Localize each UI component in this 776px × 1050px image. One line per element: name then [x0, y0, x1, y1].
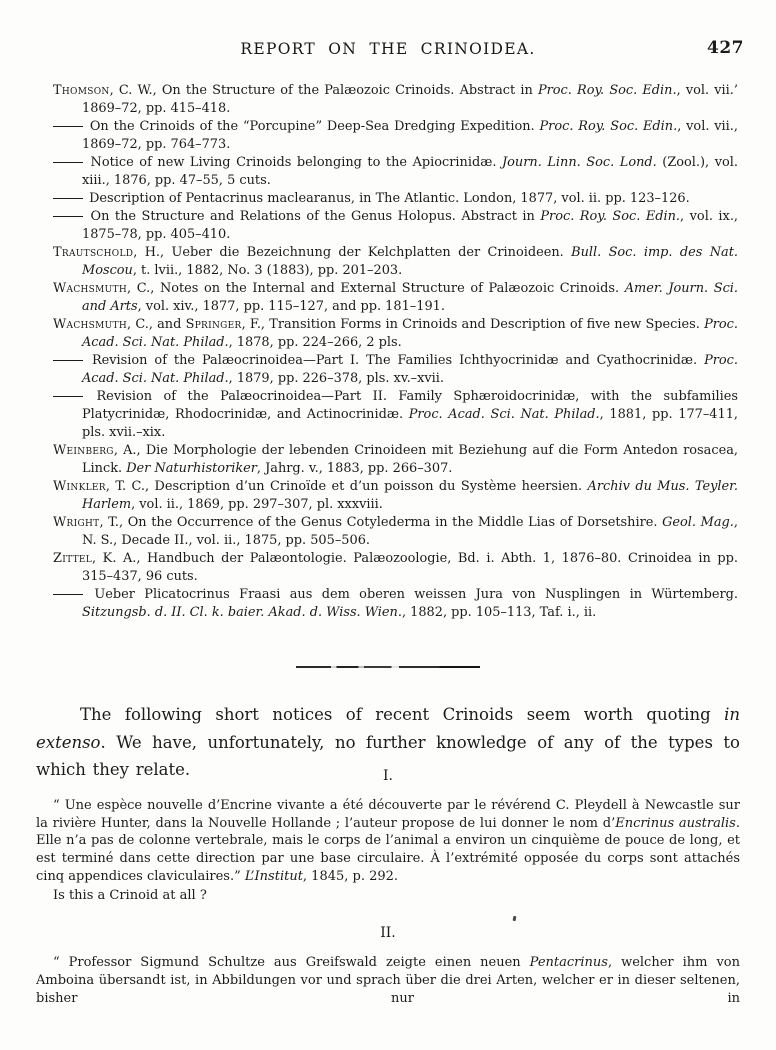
- bibliography-entry: On the Crinoids of the “Porcupine” Deep-…: [53, 118, 738, 154]
- bibliography-entry: Notice of new Living Crinoids belonging …: [53, 154, 738, 190]
- text-run: , 1879, pp. 226–378, pls. xv.–xvii.: [229, 371, 444, 386]
- section-heading: II.: [36, 925, 740, 941]
- running-title: REPORT ON THE CRINOIDEA.: [36, 40, 740, 58]
- text-run: , t. lvii., 1882, No. 3 (1883), pp. 201–…: [133, 263, 402, 278]
- repeat-author-dash: [53, 162, 83, 163]
- text-run: “ Professor Sigmund Schultze aus Greifsw…: [53, 955, 530, 970]
- text-run: Encrinus australis: [615, 816, 736, 831]
- text-run: Proc. Roy. Soc. Edin.: [538, 83, 677, 98]
- numbered-sections: I.“ Une espèce nouvelle d’Encrine vivant…: [36, 768, 740, 1007]
- page-header: REPORT ON THE CRINOIDEA. 427: [36, 40, 740, 62]
- text-run: Journ. Linn. Soc. Lond.: [502, 155, 657, 170]
- section-divider-rule: [296, 666, 480, 668]
- text-run: , 1882, pp. 105–113, Taf. i., ii.: [402, 605, 596, 620]
- section-paragraph: “ Une espèce nouvelle d’Encrine vivante …: [36, 797, 740, 886]
- text-run: On the Crinoids of the “Porcupine” Deep-…: [85, 119, 540, 134]
- text-run: Wachsmuth: [53, 317, 127, 332]
- repeat-author-dash: [53, 126, 83, 127]
- text-run: , T., On the Occurrence of the Genus Cot…: [99, 515, 662, 530]
- text-run: , T. C., Description d’un Crinoïde et d’…: [106, 479, 588, 494]
- text-run: , K. A., Handbuch der Palæontologie. Pal…: [82, 551, 738, 584]
- text-run: Der Naturhistoriker: [126, 461, 257, 476]
- text-run: Wachsmuth: [53, 281, 127, 296]
- text-run: Wright: [53, 515, 99, 530]
- text-run: Is this a Crinoid at all ?: [53, 888, 207, 903]
- repeat-author-dash: [53, 396, 83, 397]
- text-run: Proc. Acad. Sci. Nat. Philad.: [409, 407, 600, 422]
- section: II.“ Professor Sigmund Schultze aus Grei…: [36, 925, 740, 1007]
- bibliography-entry: Weinberg, A., Die Morphologie der lebend…: [53, 442, 738, 478]
- bibliography-entry: Revision of the Palæocrinoidea—Part II. …: [53, 388, 738, 442]
- text-run: Zittel: [53, 551, 92, 566]
- text-run: Sitzungsb. d. II. Cl. k. baier. Akad. d.…: [82, 605, 402, 620]
- text-run: Geol. Mag.: [662, 515, 734, 530]
- repeat-author-dash: [53, 594, 83, 595]
- text-run: , vol. xiv., 1877, pp. 115–127, and pp. …: [138, 299, 445, 314]
- repeat-author-dash: [53, 198, 83, 199]
- text-run: , vol. ii., 1869, pp. 297–307, pl. xxxvi…: [131, 497, 383, 512]
- text-run: , C., and: [127, 317, 186, 332]
- text-run: , 1878, pp. 224–266, 2 pls.: [229, 335, 402, 350]
- repeat-author-dash: [53, 216, 83, 217]
- text-run: Revision of the Palæocrinoidea—Part I. T…: [85, 353, 704, 368]
- section-paragraph: “ Professor Sigmund Schultze aus Greifsw…: [36, 954, 740, 1007]
- bibliography-entry: Description of Pentacrinus maclearanus, …: [53, 190, 738, 208]
- text-run: Weinberg: [53, 443, 114, 458]
- text-run: , C., Notes on the Internal and External…: [127, 281, 625, 296]
- text-run: Winkler: [53, 479, 106, 494]
- section-paragraph: Is this a Crinoid at all ?: [36, 887, 740, 905]
- text-run: On the Structure and Relations of the Ge…: [85, 209, 540, 224]
- bibliography-entry: Trautschold, H., Ueber die Bezeichnung d…: [53, 244, 738, 280]
- text-run: , H., Ueber die Bezeichnung der Kelchpla…: [133, 245, 571, 260]
- document-page: REPORT ON THE CRINOIDEA. 427 Thomson, C.…: [0, 0, 776, 1050]
- text-run: Pentacrinus: [530, 955, 608, 970]
- section-heading: I.: [36, 768, 740, 784]
- text-run: Springer: [186, 317, 242, 332]
- text-run: Proc. Roy. Soc. Edin.: [540, 119, 678, 134]
- bibliography-entry: Wachsmuth, C., Notes on the Internal and…: [53, 280, 738, 316]
- repeat-author-dash: [53, 360, 83, 361]
- bibliography-entry: Ueber Plicatocrinus Fraasi aus dem obere…: [53, 586, 738, 622]
- text-run: , Jahrg. v., 1883, pp. 266–307.: [257, 461, 452, 476]
- bibliography-entry: Winkler, T. C., Description d’un Crinoïd…: [53, 478, 738, 514]
- text-run: , F., Transition Forms in Crinoids and D…: [242, 317, 704, 332]
- bibliography-list: Thomson, C. W., On the Structure of the …: [53, 82, 738, 622]
- section: I.“ Une espèce nouvelle d’Encrine vivant…: [36, 768, 740, 904]
- text-run: Description of Pentacrinus maclearanus, …: [85, 191, 690, 206]
- text-run: Thomson: [53, 83, 110, 98]
- bibliography-entry: On the Structure and Relations of the Ge…: [53, 208, 738, 244]
- bibliography-entry: Wachsmuth, C., and Springer, F., Transit…: [53, 316, 738, 352]
- text-run: Ueber Plicatocrinus Fraasi aus dem obere…: [85, 587, 738, 602]
- bibliography-entry: Revision of the Palæocrinoidea—Part I. T…: [53, 352, 738, 388]
- text-run: Proc. Roy. Soc. Edin.: [540, 209, 680, 224]
- text-run: Trautschold: [53, 245, 133, 260]
- text-run: , 1845, p. 292.: [303, 869, 398, 884]
- text-run: L’Institut: [245, 869, 303, 884]
- text-run: , C. W., On the Structure of the Palæozo…: [110, 83, 538, 98]
- text-run: The following short notices of recent Cr…: [80, 705, 724, 724]
- text-run: Notice of new Living Crinoids belonging …: [85, 155, 502, 170]
- bibliography-entry: Thomson, C. W., On the Structure of the …: [53, 82, 738, 118]
- page-number: 427: [707, 38, 744, 58]
- bibliography-entry: Zittel, K. A., Handbuch der Palæontologi…: [53, 550, 738, 586]
- bibliography-entry: Wright, T., On the Occurrence of the Gen…: [53, 514, 738, 550]
